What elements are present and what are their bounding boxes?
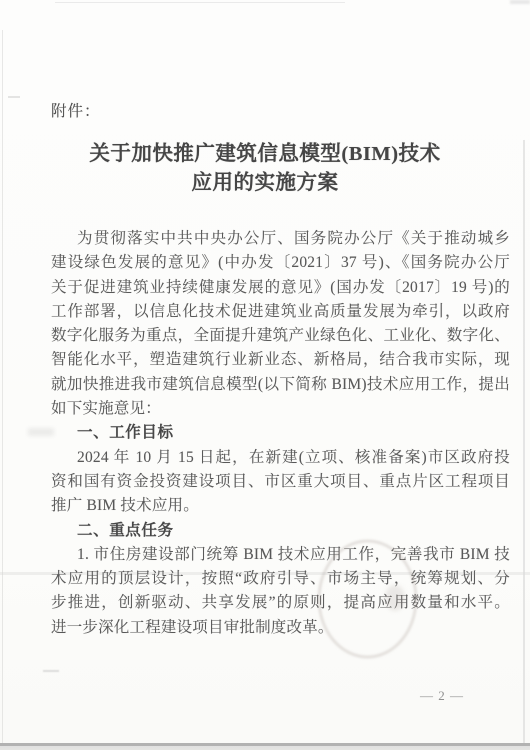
page-top-edge [55,2,345,3]
body-line: 就加快推进我市建筑信息模型(以下简称 BIM)技术应用工作，提出 [51,373,510,397]
body-line: 智能化水平，塑造建筑行业新业态、新格局，结合我市实际，现 [51,348,510,372]
scan-corner-mark [510,0,530,4]
body-line: 进一步深化工程建设项目审批制度改革。 [51,616,510,640]
scan-dash-artifact [43,670,59,672]
document-body: 为贯彻落实中共中央办公厅、国务院办公厅《关于推动城乡建设绿色发展的意见》(中办发… [51,227,510,640]
document-title: 关于加快推广建筑信息模型(BIM)技术 应用的实施方案 [0,140,530,198]
page-left-edge [2,30,3,743]
body-line: 2024 年 10 月 15 日起，在新建(立项、核准备案)市区政府投 [51,446,510,470]
body-line: 工作部署，以信息化技术促进建筑业高质量发展为牵引，以政府 [51,300,510,324]
body-line: 推广 BIM 技术应用。 [51,494,510,518]
body-line: 1. 市住房建设部门统筹 BIM 技术应用工作，完善我市 BIM 技 [51,543,510,567]
section-heading: 二、重点任务 [51,519,510,543]
page-right-edge [523,140,525,743]
body-line: 步推进，创新驱动、共享发展”的原则，提高应用数量和水平。 [51,591,510,615]
seal-smudge [385,585,405,611]
document-title-line-1: 关于加快推广建筑信息模型(BIM)技术 [0,140,530,169]
scanned-document-page: 附件： 关于加快推广建筑信息模型(BIM)技术 应用的实施方案 为贯彻落实中共中… [0,0,530,750]
body-line: 关于促进建筑业持续健康发展的意见》(国办发〔2017〕19 号)的 [51,276,510,300]
scan-dash-artifact [8,96,20,98]
body-line: 为贯彻落实中共中央办公厅、国务院办公厅《关于推动城乡 [51,227,510,251]
body-line: 术应用的顶层设计，按照“政府引导、市场主导，统筹规划、分 [51,567,510,591]
body-line: 数字化服务为重点，全面提升建筑产业绿色化、工业化、数字化、 [51,324,510,348]
page-number: — 2 — [420,688,464,704]
attachment-label: 附件： [51,100,101,124]
body-line: 资和国有资金投资建设项目、市区重大项目、重点片区工程项目 [51,470,510,494]
scan-smudge [28,428,54,436]
page-bottom-edge [0,743,530,750]
scanner-streak [0,572,530,575]
section-heading: 一、工作目标 [51,421,510,445]
document-title-line-2: 应用的实施方案 [0,169,530,198]
body-line: 如下实施意见： [51,397,510,421]
body-line: 建设绿色发展的意见》(中办发〔2021〕37 号)、《国务院办公厅 [51,251,510,275]
